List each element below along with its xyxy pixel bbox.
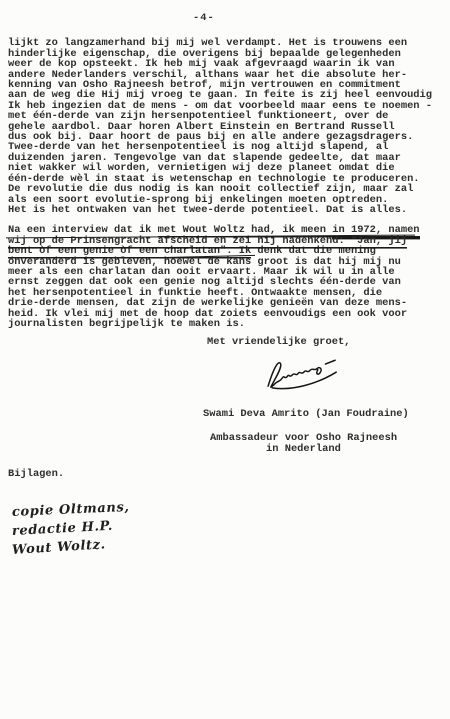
enclosures-note: Bijlagen. (8, 469, 450, 479)
signoff-title-line-2: in Nederland (266, 444, 450, 454)
handwritten-distribution-notes: copie Oltmans, redactie H.P. Wout Woltz. (12, 503, 142, 560)
letter-page: -4- lijkt zo langzamerhand bij mij wel v… (0, 0, 450, 719)
letter-line: drie-derde mensen, dat zijn de werkelijk… (8, 298, 450, 308)
signature-scribble (258, 354, 350, 390)
letter-line-annotated: wij op de Prinsengracht afscheid en zei … (8, 236, 450, 246)
paragraph-1: lijkt zo langzamerhand bij mij wel verda… (8, 38, 450, 215)
pen-boxed-mark: wij op de Prinsengracht afscheid en zei … (8, 235, 407, 247)
pen-overline-mark: hoewel de kans (164, 256, 251, 268)
closing-salutation: Met vriendelijke groet, (207, 337, 450, 347)
paragraph-2: Na een interview dat ik met Wout Woltz h… (8, 225, 450, 329)
letter-line: De revolutie die dus nodig is kan nooit … (8, 184, 450, 194)
letter-line: Het is het ontwaken van het twee-derde p… (8, 205, 450, 215)
signoff-name: Swami Deva Amrito (Jan Foudraine) (203, 409, 450, 419)
page-number: -4- (193, 13, 215, 23)
letter-line: journalisten begrijpelijk te maken is. (8, 319, 450, 329)
